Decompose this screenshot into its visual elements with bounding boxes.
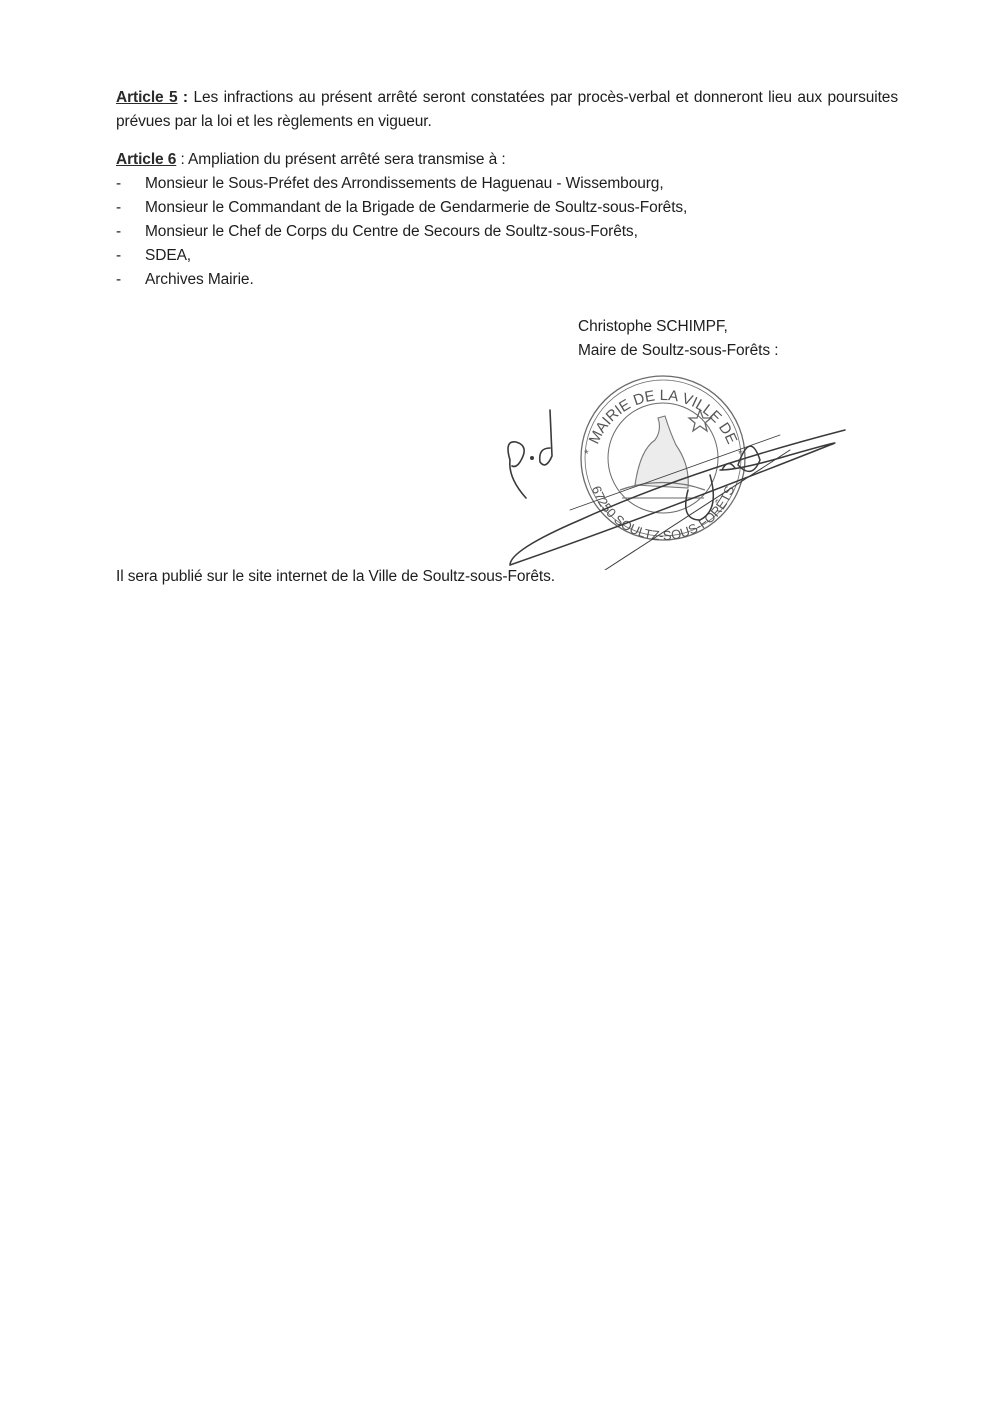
dash-bullet-icon: - [116, 220, 121, 244]
recipient-list: -Monsieur le Sous-Préfet des Arrondissem… [116, 172, 898, 292]
recipient-item: -Monsieur le Sous-Préfet des Arrondissem… [116, 172, 898, 196]
signatory-name: Christophe SCHIMPF, [578, 315, 778, 339]
dash-bullet-icon: - [116, 244, 121, 268]
signatory-title: Maire de Soultz-sous-Forêts : [578, 339, 778, 363]
recipient-text: Monsieur le Commandant de la Brigade de … [145, 199, 687, 216]
dash-bullet-icon: - [116, 196, 121, 220]
recipient-text: SDEA, [145, 247, 191, 264]
recipient-item: -Archives Mairie. [116, 268, 898, 292]
dash-bullet-icon: - [116, 172, 121, 196]
recipient-item: -SDEA, [116, 244, 898, 268]
article-5: Article 5 : Les infractions au présent a… [116, 86, 898, 134]
svg-text:*: * [584, 447, 589, 461]
recipient-item: -Monsieur le Chef de Corps du Centre de … [116, 220, 898, 244]
article-6-heading: Article 6 : Ampliation du présent arrêté… [116, 148, 898, 172]
article-5-separator: : [178, 89, 194, 106]
recipient-text: Archives Mairie. [145, 271, 254, 288]
signatory-block: Christophe SCHIMPF, Maire de Soultz-sous… [578, 315, 778, 363]
publication-notice: Il sera publié sur le site internet de l… [116, 565, 555, 589]
article-5-text: Les infractions au présent arrêté seront… [116, 89, 898, 130]
official-stamp-icon: MAIRIE DE LA VILLE DE 67250 SOULTZ-SOUS-… [490, 370, 860, 570]
recipient-text: Monsieur le Sous-Préfet des Arrondisseme… [145, 175, 664, 192]
article-6-intro: Ampliation du présent arrêté sera transm… [188, 151, 506, 168]
recipient-item: -Monsieur le Commandant de la Brigade de… [116, 196, 898, 220]
article-5-label: Article 5 [116, 89, 178, 106]
dash-bullet-icon: - [116, 268, 121, 292]
article-6-separator: : [176, 151, 188, 168]
article-6: Article 6 : Ampliation du présent arrêté… [116, 148, 898, 292]
document-page: Article 5 : Les infractions au présent a… [0, 0, 1000, 1415]
recipient-text: Monsieur le Chef de Corps du Centre de S… [145, 223, 638, 240]
stamp-and-signature: MAIRIE DE LA VILLE DE 67250 SOULTZ-SOUS-… [490, 370, 860, 570]
article-6-label: Article 6 [116, 151, 176, 168]
